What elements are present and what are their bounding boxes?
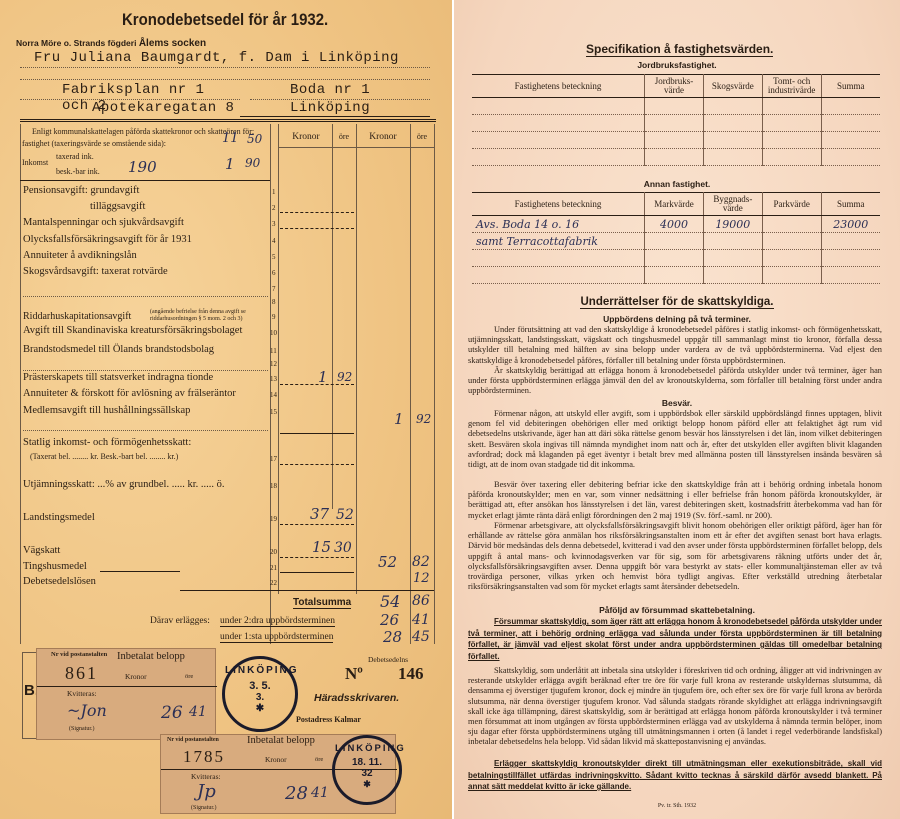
property-line-2: Boda nr 1 xyxy=(250,82,430,100)
row-2-label: tilläggsavgift xyxy=(90,201,145,212)
row-20-kr: 15 xyxy=(312,538,331,556)
row-13-kr: 1 xyxy=(318,368,328,386)
tax-bill-back: Specifikation å fastighetsvärden. Jordbr… xyxy=(454,0,900,819)
tax-bill-front: Kronodebetsedel för år 1932. Norra Möre … xyxy=(0,0,452,819)
taxpayer-name: Fru Juliana Baumgardt, f. Dam i Linköpin… xyxy=(20,50,430,68)
page-title: Kronodebetsedel för år 1932. xyxy=(122,10,328,30)
postal-address: Postadress Kalmar xyxy=(296,715,361,724)
table-row: samt Terracottafabrik xyxy=(472,233,880,250)
row-22-ore: 12 xyxy=(413,571,430,586)
table-row: Avs. Boda 14 o. 16 4000 19000 23000 xyxy=(472,216,880,233)
slip-2-amount-ore: 41 xyxy=(311,785,329,801)
row-20-label: Vägskatt xyxy=(23,545,60,556)
section-heading-penalty: Påföljd av försummad skattebetalning. xyxy=(454,605,900,615)
fastighet-kr: 11 xyxy=(222,131,239,146)
inkomst-ore: 90 xyxy=(245,156,260,170)
notices-title: Underrättelser för de skattskyldiga. xyxy=(580,296,773,309)
term2-kr: 26 xyxy=(380,611,399,629)
slip-2-number: 1785 xyxy=(183,747,225,767)
annan-heading: Annan fastighet. xyxy=(454,179,900,189)
beskattningsbar-inkomst: 190 xyxy=(128,158,157,176)
table-row xyxy=(472,267,880,284)
row-19-ore: 52 xyxy=(336,507,354,523)
term1-label: under 1:sta uppbördsterminen xyxy=(220,632,333,643)
row-19-label: Landstingsmedel xyxy=(23,512,95,523)
total-kr: 54 xyxy=(380,592,400,611)
row-17-label: Statlig inkomst- och förmögenhetsskatt: xyxy=(23,437,191,448)
parish: Ålems socken xyxy=(139,38,206,49)
row-16-ore: 92 xyxy=(416,412,431,426)
row-22-label: Debetsedelslösen xyxy=(23,576,96,587)
table-row xyxy=(472,132,880,149)
total-label: Totalsumma xyxy=(293,597,351,609)
row-13-label: Prästerskapets till statsverket indragna… xyxy=(23,372,213,383)
specification-title: Specifikation å fastighetsvärden. xyxy=(586,42,773,57)
row-9-label: Riddarhuskapitationsavgift xyxy=(23,311,131,322)
section-heading-appeal: Besvär. xyxy=(454,398,900,408)
inkomst-kr: 1 xyxy=(225,155,235,173)
row-19-kr: 37 xyxy=(310,505,329,523)
row-21-kr: 52 xyxy=(378,553,397,571)
postmark-stamp-2: LINKÖPING 18. 11. 32 ✱ xyxy=(332,735,402,805)
row-21-label: Tingshusmedel xyxy=(23,561,87,572)
row-21-ore: 82 xyxy=(412,554,430,570)
table-row xyxy=(472,149,880,166)
row-3-label: Mantalspenningar och sjukvårdsavgift xyxy=(23,217,184,228)
term2-label: under 2:dra uppbördsterminen xyxy=(220,616,335,627)
table-row xyxy=(472,115,880,132)
row-6-label: Skogsvårdsavgift: taxerat rotvärde xyxy=(23,266,168,277)
bill-number: 146 xyxy=(398,664,424,684)
row-4-label: Olycksfallsförsäkringsavgift för år 1931 xyxy=(23,234,192,245)
table-row xyxy=(472,250,880,267)
address-city: Linköping xyxy=(240,100,430,117)
total-ore: 86 xyxy=(412,593,430,609)
term2-ore: 41 xyxy=(412,612,430,628)
slip-1-number: 861 xyxy=(65,663,98,684)
slip-1-signature: ~Jon xyxy=(67,701,107,720)
slip-2-signature: Jp xyxy=(197,781,216,802)
district: Norra Möre o. Strands fögderi xyxy=(16,38,136,48)
row-20-ore: 30 xyxy=(334,540,352,556)
row-13-ore: 92 xyxy=(337,370,352,384)
number-sign: Nº xyxy=(345,664,363,684)
row-15-label: Medlemsavgift till hushållningssällskap xyxy=(23,405,190,416)
slip-2-amount-kr: 28 xyxy=(285,783,308,804)
row-5-label: Annuiteter å avdikningslån xyxy=(23,250,137,261)
jordbruk-heading: Jordbruksfastighet. xyxy=(454,60,900,70)
section-heading-terms: Uppbördens delning på två terminer. xyxy=(454,314,900,324)
row-1-label: Pensionsavgift: grundavgift xyxy=(23,185,139,196)
table-row xyxy=(472,98,880,115)
printer-footer: Pv. tr. Sth. 1932 xyxy=(454,803,900,809)
row-16-kr: 1 xyxy=(394,410,404,428)
haradsskrivaren: Häradsskrivaren. xyxy=(314,692,399,704)
postmark-stamp-1: LINKÖPING 3. 5. 3. ✱ xyxy=(222,656,298,732)
term1-kr: 28 xyxy=(383,628,402,646)
address-street: Apotekaregatan 8 xyxy=(92,100,234,116)
property-line: Fabriksplan nr 1 och 2 xyxy=(20,82,240,100)
row-18-label: Utjämningsskatt: ...% av grundbel. .....… xyxy=(23,479,225,490)
row-11-label: Brandstodsmedel till Ölands brandstodsbo… xyxy=(23,344,214,355)
slip-1-amount-ore: 41 xyxy=(189,704,207,720)
receipt-slip-1: Nr vid postanstalten Inbetalat belopp 86… xyxy=(36,648,216,740)
row-10-label: Avgift till Skandinaviska kreatursförsäk… xyxy=(23,325,242,336)
annan-table: Fastighetens beteckning Markvärde Byggna… xyxy=(472,192,880,284)
fastighet-ore: 50 xyxy=(247,132,262,146)
slip-1-amount-kr: 26 xyxy=(161,703,183,723)
term1-ore: 45 xyxy=(412,629,430,645)
row-14-label: Annuiteter & förskott för avlösning av f… xyxy=(23,388,236,399)
jordbruk-table: Fastighetens beteckning Jordbruks-värde … xyxy=(472,74,880,166)
